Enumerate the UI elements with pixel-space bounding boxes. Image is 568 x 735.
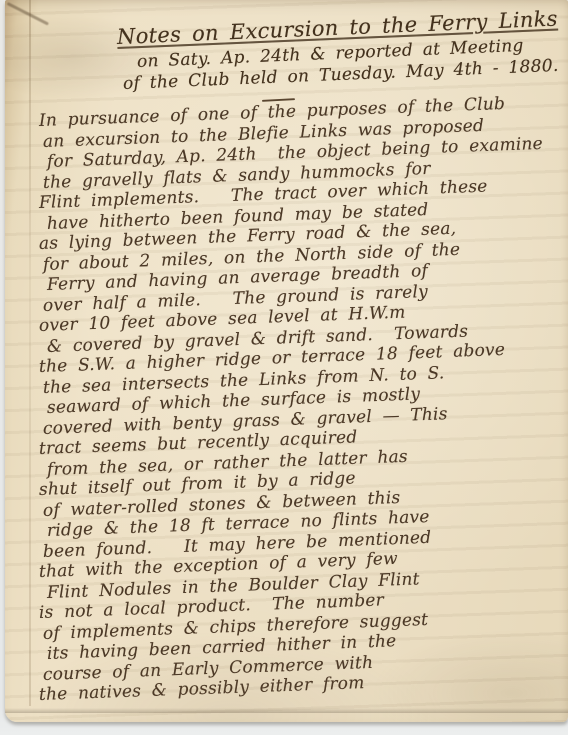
page-left-edge (29, 0, 31, 706)
corner-crease-mark (7, 2, 49, 26)
title-block: Notes on Excursion to the Ferry Links on… (5, 24, 568, 95)
page-bottom-edge-shadow (5, 708, 568, 713)
manuscript-page: Notes on Excursion to the Ferry Links on… (5, 0, 568, 722)
scan-background: Notes on Excursion to the Ferry Links on… (0, 0, 568, 735)
manuscript-body: In pursuance of one of the purposes of t… (39, 111, 564, 706)
